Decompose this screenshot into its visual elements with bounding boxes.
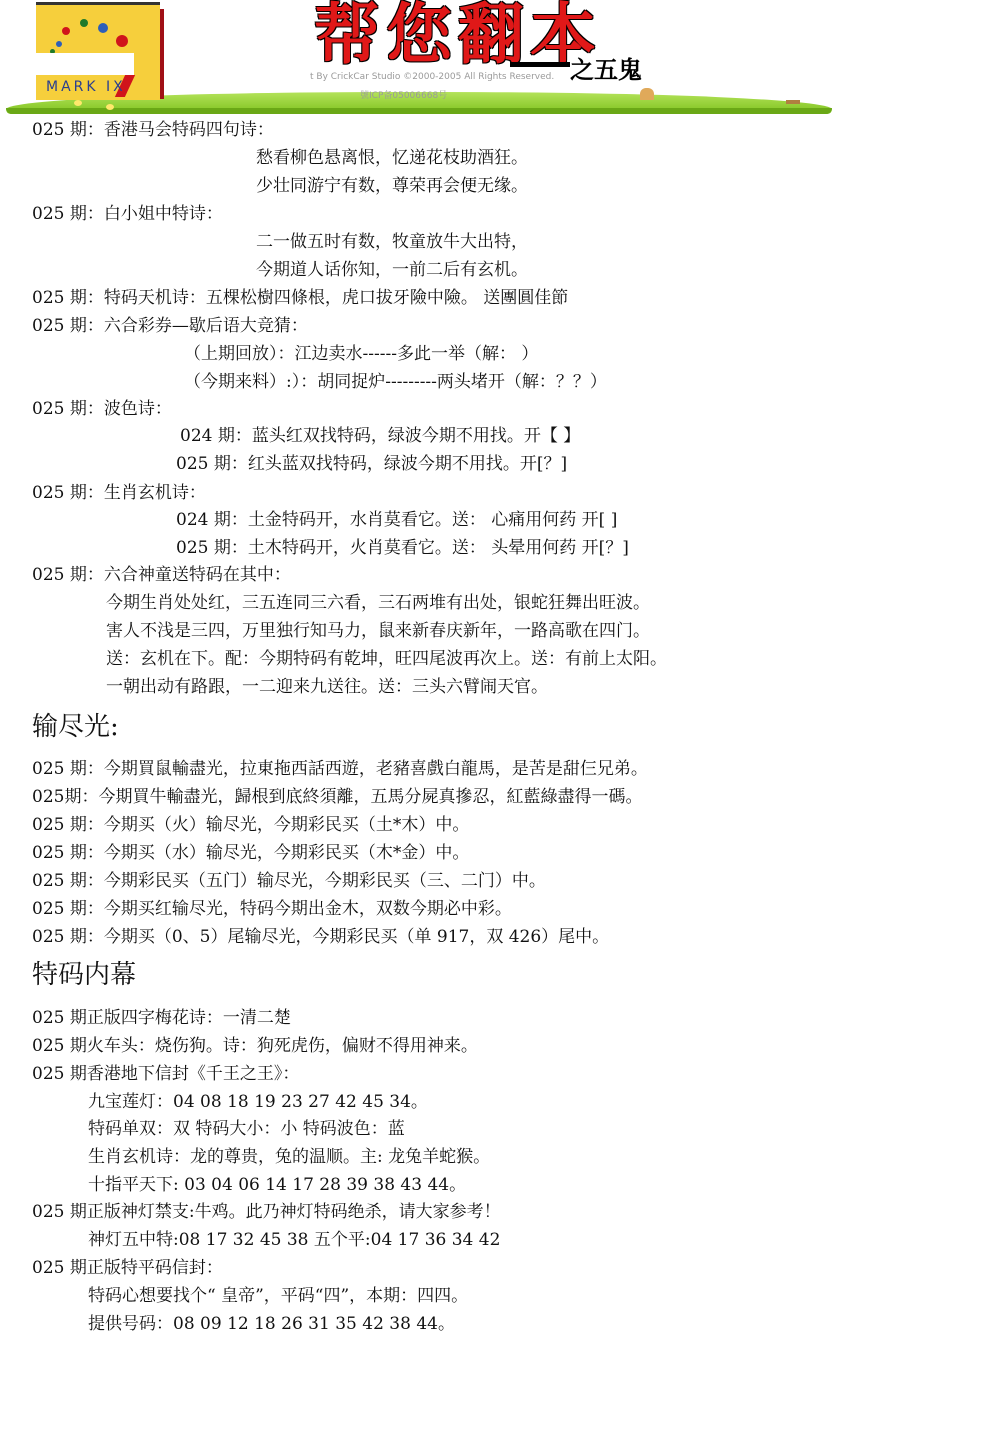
flower-icon <box>74 100 82 106</box>
poem-line: 今期道人话你知，一前二后有玄机。 <box>256 259 528 281</box>
lose-all-line: 025 期：今期买（0、5）尾输尽光，今期彩民买（单 917，双 426）尾中。 <box>32 926 609 948</box>
poem-line: 025 期：红头蓝双找特码，绿波今期不用找。开[？] <box>176 453 567 475</box>
logo-dot-icon <box>116 35 128 47</box>
title-dash <box>510 62 570 67</box>
hut-icon <box>640 88 654 100</box>
inside-line: 特码心想要找个“ 皇帝”，平码“四”，本期：四四。 <box>88 1285 468 1307</box>
logo-text: MARK IX <box>46 79 126 95</box>
poem-line: 二一做五时有数，牧童放牛大出特， <box>256 231 528 253</box>
poem-line: 024 期：土金特码开，水肖莫看它。送： 心痛用何药 开[ ] <box>176 509 617 531</box>
lose-all-line: 025 期：今期買鼠輸盡光，拉東拖西話西遊，老豬喜戲白龍馬，是苦是甜仨兄弟。 <box>32 758 648 780</box>
header-banner: MARK IX t By CrickCar Studio ©2000-2005 … <box>0 0 840 118</box>
inside-line: 025 期正版四字梅花诗：一清二楚 <box>32 1007 291 1029</box>
grass-hill-shadow <box>6 108 832 114</box>
logo-dot-icon <box>80 19 88 27</box>
riddle-line: （上期回放）：江边卖水------多此一举（解： ） <box>184 343 538 365</box>
poem-line: 024 期：蓝头红双找特码，绿波今期不用找。开【 】 <box>180 425 580 447</box>
poem-line: 少壮同游宁有数，尊荣再会便无缘。 <box>256 175 528 197</box>
inside-line: 神灯五中特:08 17 32 45 38 五个平:04 17 36 34 42 <box>88 1229 500 1251</box>
watermark-copyright: t By CrickCar Studio ©2000-2005 All Righ… <box>310 72 554 82</box>
logo-dot-icon <box>56 41 62 47</box>
poem-line: 愁看柳色悬离恨，忆递花枝助酒狂。 <box>256 147 528 169</box>
logo-dot-icon <box>98 23 108 33</box>
section-header: 025 期：特码天机诗：五棵松樹四條根，虎口拔牙險中險。 送團圓佳節 <box>32 287 568 309</box>
inside-line: 九宝莲灯：04 08 18 19 23 27 42 45 34。 <box>88 1091 428 1113</box>
inside-line: 025 期正版特平码信封： <box>32 1257 223 1279</box>
section-header: 025 期：香港马会特码四句诗： <box>32 119 274 141</box>
inside-line: 025 期香港地下信封《千王之王》： <box>32 1063 299 1085</box>
poem-line: 一朝出动有路跟，一二迎来九送往。送：三头六臂闹天官。 <box>106 676 548 698</box>
lose-all-line: 025 期：今期彩民买（五门）输尽光，今期彩民买（三、二门）中。 <box>32 870 546 892</box>
logo-mask <box>36 53 134 75</box>
section-header: 025 期：波色诗： <box>32 398 172 420</box>
lose-all-line: 025期：今期買牛輸盡光，歸根到底終須離，五馬分屍真摻忍，紅藍綠盡得一碼。 <box>32 786 642 808</box>
logo: MARK IX <box>36 2 160 100</box>
flower-icon <box>106 104 114 110</box>
bench-icon <box>786 100 800 104</box>
section-header: 025 期：六合神童送特码在其中： <box>32 564 291 586</box>
inside-line: 特码单双：双 特码大小：小 特码波色：蓝 <box>88 1118 405 1140</box>
page-title: 帮您翻本 <box>314 2 602 68</box>
inside-line: 提供号码：08 09 12 18 26 31 35 42 38 44。 <box>88 1313 455 1335</box>
inside-line: 生肖玄机诗：龙的尊贵，兔的温顺。主: 龙兔羊蛇猴。 <box>88 1146 490 1168</box>
logo-edge <box>160 9 164 99</box>
page-subtitle: 之五鬼 <box>570 50 642 85</box>
poem-line: 送：玄机在下。配：今期特码有乾坤，旺四尾波再次上。送：有前上太阳。 <box>106 648 667 670</box>
inside-line: 025 期火车头：烧伤狗。诗：狗死虎伤，偏财不得用神来。 <box>32 1035 478 1057</box>
section-header: 025 期：生肖玄机诗： <box>32 482 206 504</box>
section-header: 025 期：白小姐中特诗： <box>32 203 223 225</box>
lose-all-line: 025 期：今期买（火）输尽光，今期彩民买（土*木）中。 <box>32 814 469 836</box>
poem-line: 今期生肖处处红，三五连同三六看，三石两堆有出处，银蛇狂舞出旺波。 <box>106 592 650 614</box>
section-header: 025 期：六合彩券—歇后语大竞猜： <box>32 315 308 337</box>
lose-all-line: 025 期：今期买（水）输尽光，今期彩民买（木*金）中。 <box>32 842 469 864</box>
poem-line: 025 期：土木特码开，火肖莫看它。送： 头晕用何药 开[？] <box>176 537 629 559</box>
inside-line: 025 期正版神灯禁支:牛鸡。此乃神灯特码绝杀，请大家参考！ <box>32 1201 501 1223</box>
lose-all-line: 025 期：今期买红输尽光，特码今期出金木，双数今期必中彩。 <box>32 898 512 920</box>
inside-line: 十指平天下: 03 04 06 14 17 28 39 38 43 44。 <box>88 1174 466 1196</box>
watermark-icp: 號ICP备05006668号 <box>360 88 447 101</box>
section-title-inside: 特码内幕 <box>32 960 136 990</box>
poem-line: 害人不浅是三四，万里独行知马力，鼠来新春庆新年，一路高歌在四门。 <box>106 620 650 642</box>
logo-dot-icon <box>62 27 70 35</box>
riddle-line: （今期来料）:）：胡同捉炉---------两头堵开（解：？？） <box>184 371 607 393</box>
section-title-lose-all: 输尽光: <box>32 712 119 742</box>
